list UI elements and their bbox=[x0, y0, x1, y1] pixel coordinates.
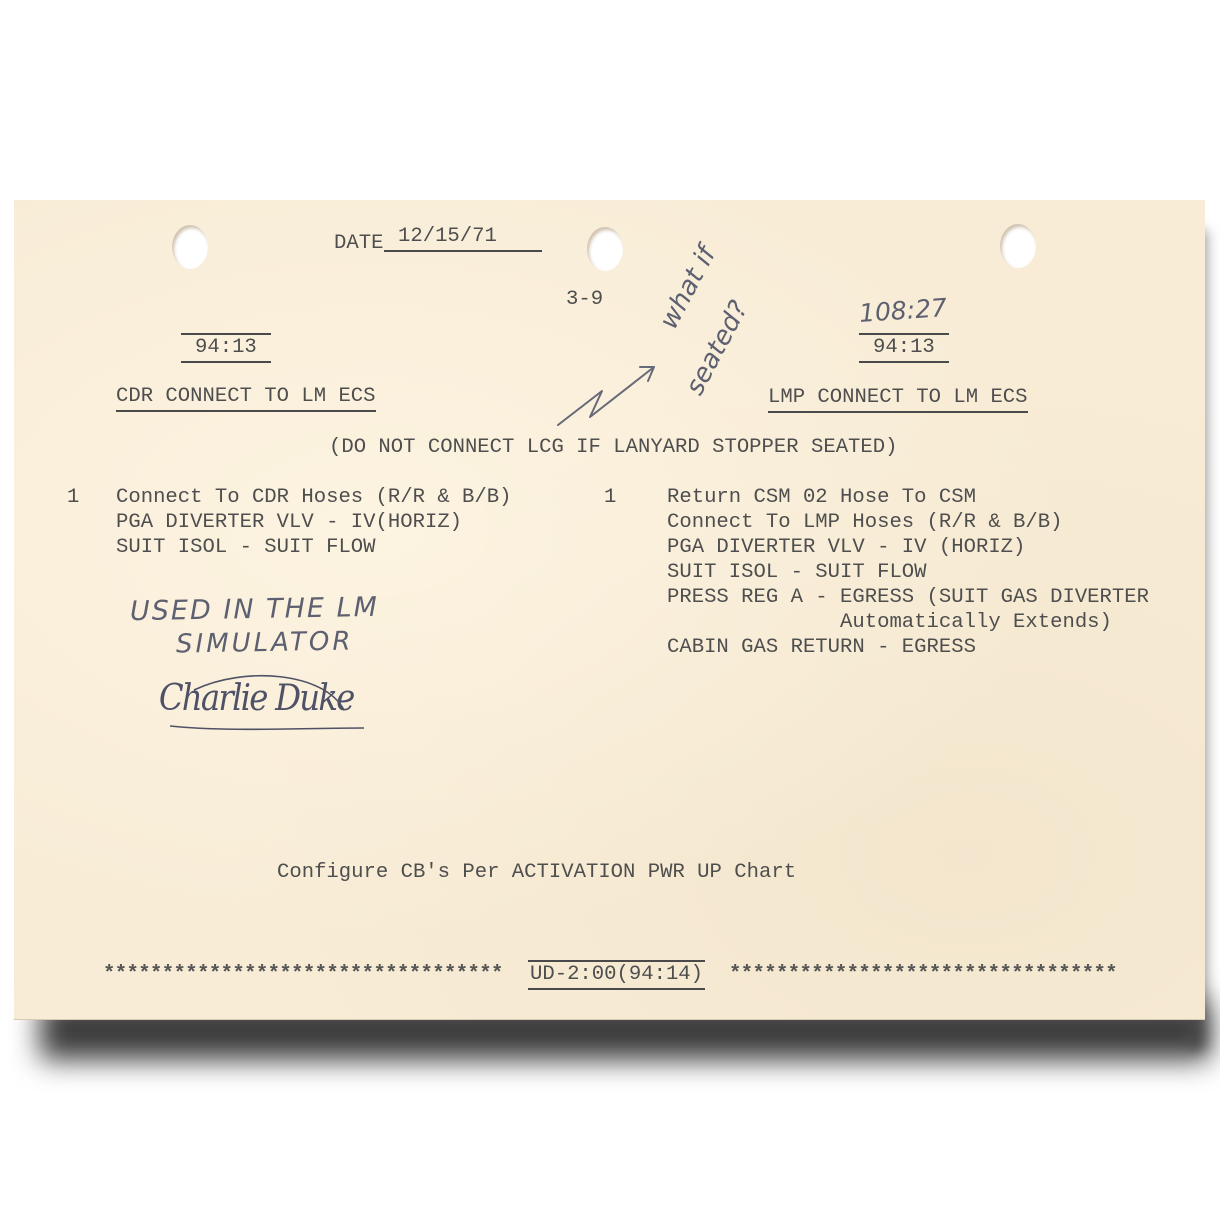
footer-instruction: Configure CB's Per ACTIVATION PWR UP Cha… bbox=[277, 860, 796, 885]
lmp-step-number: 1 bbox=[604, 485, 616, 510]
footer-stars-right: ********************************* bbox=[729, 962, 1117, 987]
lmp-time-box: 94:13 bbox=[859, 333, 949, 363]
cdr-step: PGA DIVERTER VLV - IV(HORIZ) bbox=[116, 510, 511, 535]
checklist-card: DATE 12/15/71 3-9 94:13 CDR CONNECT TO L… bbox=[14, 200, 1205, 1019]
cdr-step: SUIT ISOL - SUIT FLOW bbox=[116, 535, 511, 560]
arrow-icon bbox=[554, 355, 664, 435]
date-value: 12/15/71 bbox=[398, 224, 497, 249]
footer-marker: UD-2:00(94:14) bbox=[528, 960, 705, 990]
lmp-step-list: Return CSM 02 Hose To CSM Connect To LMP… bbox=[667, 485, 1149, 660]
lmp-step: PGA DIVERTER VLV - IV (HORIZ) bbox=[667, 535, 1149, 560]
date-label: DATE bbox=[334, 231, 383, 256]
lmp-step: Connect To LMP Hoses (R/R & B/B) bbox=[667, 510, 1149, 535]
lmp-section-title: LMP CONNECT TO LM ECS bbox=[768, 385, 1028, 413]
cdr-step-list: Connect To CDR Hoses (R/R & B/B) PGA DIV… bbox=[116, 485, 511, 560]
cdr-step-number: 1 bbox=[67, 485, 79, 510]
cdr-time-box: 94:13 bbox=[181, 333, 271, 363]
lmp-step: PRESS REG A - EGRESS (SUIT GAS DIVERTER bbox=[667, 585, 1149, 610]
lmp-step: Return CSM 02 Hose To CSM bbox=[667, 485, 1149, 510]
handwritten-time: 108:27 bbox=[858, 293, 948, 328]
cdr-step: Connect To CDR Hoses (R/R & B/B) bbox=[116, 485, 511, 510]
lmp-step: Automatically Extends) bbox=[667, 610, 1149, 635]
punch-hole-right bbox=[1000, 224, 1036, 268]
lmp-step: CABIN GAS RETURN - EGRESS bbox=[667, 635, 1149, 660]
handwritten-note-line1: USED IN THE LM bbox=[130, 592, 379, 627]
handwritten-note-line2: SIMULATOR bbox=[176, 626, 354, 659]
lmp-step: SUIT ISOL - SUIT FLOW bbox=[667, 560, 1149, 585]
handwritten-question-line1: what if bbox=[654, 242, 722, 334]
date-underline bbox=[384, 250, 542, 252]
cdr-section-title: CDR CONNECT TO LM ECS bbox=[116, 384, 376, 412]
footer-stars-left: ********************************** bbox=[103, 962, 503, 987]
page-number: 3-9 bbox=[566, 287, 603, 312]
caution-note: (DO NOT CONNECT LCG IF LANYARD STOPPER S… bbox=[329, 435, 897, 460]
signature-flourish bbox=[164, 670, 384, 740]
punch-hole-left bbox=[172, 225, 208, 269]
punch-hole-center bbox=[587, 227, 623, 271]
